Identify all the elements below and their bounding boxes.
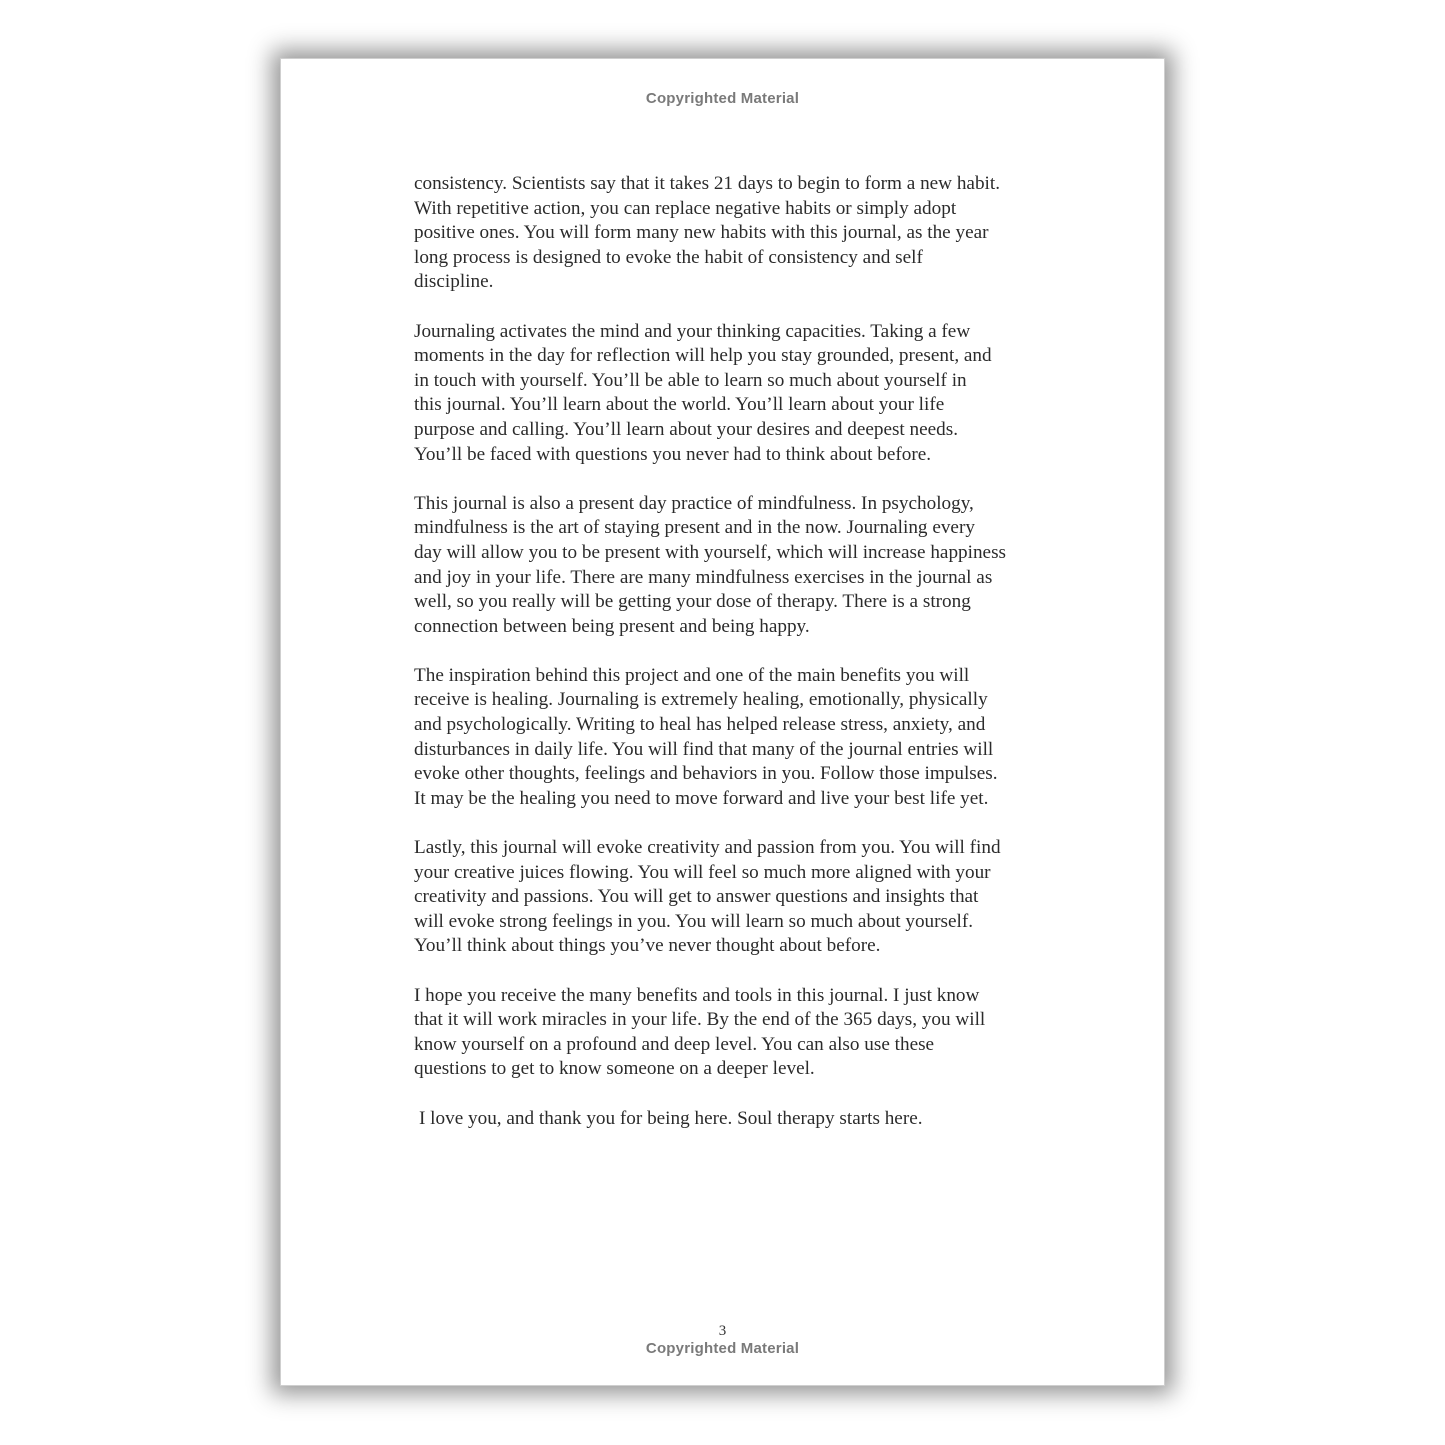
text-line: disturbances in daily life. You will fin… <box>414 738 1094 763</box>
paragraph-benefits: I hope you receive the many benefits and… <box>414 984 1094 1082</box>
text-line: I love you, and thank you for being here… <box>414 1107 1094 1132</box>
text-line: this journal. You’ll learn about the wor… <box>414 393 1094 418</box>
text-line: consistency. Scientists say that it take… <box>414 172 1094 197</box>
text-line: your creative juices flowing. You will f… <box>414 861 1094 886</box>
paragraph-creativity: Lastly, this journal will evoke creativi… <box>414 836 1094 959</box>
text-line: mindfulness is the art of staying presen… <box>414 516 1094 541</box>
document-page: Copyrighted Material consistency. Scient… <box>280 58 1165 1386</box>
text-line: Journaling activates the mind and your t… <box>414 320 1094 345</box>
text-line: questions to get to know someone on a de… <box>414 1057 1094 1082</box>
text-line: and joy in your life. There are many min… <box>414 566 1094 591</box>
text-line: This journal is also a present day pract… <box>414 492 1094 517</box>
text-line: purpose and calling. You’ll learn about … <box>414 418 1094 443</box>
paragraph-mindfulness: This journal is also a present day pract… <box>414 492 1094 640</box>
text-line: discipline. <box>414 270 1094 295</box>
text-line: Lastly, this journal will evoke creativi… <box>414 836 1094 861</box>
text-line: You’ll be faced with questions you never… <box>414 443 1094 468</box>
copyright-footer: Copyrighted Material <box>281 1340 1164 1357</box>
page-body: consistency. Scientists say that it take… <box>414 172 1094 1156</box>
text-line: The inspiration behind this project and … <box>414 664 1094 689</box>
text-line: With repetitive action, you can replace … <box>414 197 1094 222</box>
text-line: connection between being present and bei… <box>414 615 1094 640</box>
text-line: moments in the day for reflection will h… <box>414 344 1094 369</box>
paragraph-closing: I love you, and thank you for being here… <box>414 1107 1094 1132</box>
text-line: receive is healing. Journaling is extrem… <box>414 688 1094 713</box>
text-line: You’ll think about things you’ve never t… <box>414 934 1094 959</box>
paragraph-consistency: consistency. Scientists say that it take… <box>414 172 1094 295</box>
text-line: and psychologically. Writing to heal has… <box>414 713 1094 738</box>
text-line: that it will work miracles in your life.… <box>414 1008 1094 1033</box>
text-line: I hope you receive the many benefits and… <box>414 984 1094 1009</box>
text-line: It may be the healing you need to move f… <box>414 787 1094 812</box>
text-line: creativity and passions. You will get to… <box>414 885 1094 910</box>
text-line: will evoke strong feelings in you. You w… <box>414 910 1094 935</box>
paragraph-journaling: Journaling activates the mind and your t… <box>414 320 1094 468</box>
text-line: long process is designed to evoke the ha… <box>414 246 1094 271</box>
text-line: evoke other thoughts, feelings and behav… <box>414 762 1094 787</box>
text-line: in touch with yourself. You’ll be able t… <box>414 369 1094 394</box>
text-line: positive ones. You will form many new ha… <box>414 221 1094 246</box>
page-number: 3 <box>281 1323 1164 1340</box>
text-line: know yourself on a profound and deep lev… <box>414 1033 1094 1058</box>
text-line: well, so you really will be getting your… <box>414 590 1094 615</box>
text-line: day will allow you to be present with yo… <box>414 541 1094 566</box>
copyright-header: Copyrighted Material <box>281 90 1164 107</box>
paragraph-healing: The inspiration behind this project and … <box>414 664 1094 812</box>
